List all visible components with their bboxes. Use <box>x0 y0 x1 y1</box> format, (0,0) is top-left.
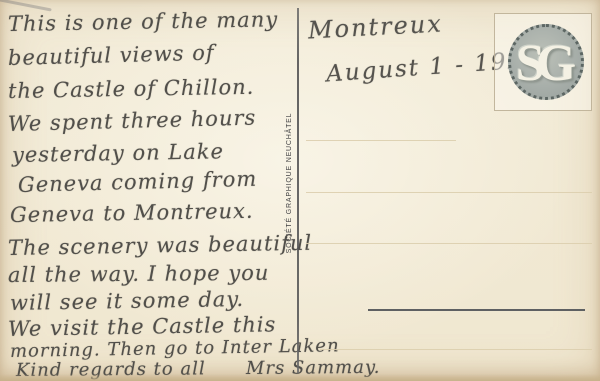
stamp-emblem-circle: SG <box>508 24 584 100</box>
address-rule-line <box>320 349 592 350</box>
address-rule-line <box>306 243 592 244</box>
location-text: Montreux <box>307 9 443 44</box>
printer-credit: SOCIÉTÉ GRAPHIQUE NEUCHÂTEL <box>286 98 296 268</box>
message-line: This is one of the many <box>8 7 279 36</box>
divider-line <box>297 8 299 373</box>
address-rule-line-dark <box>368 309 585 311</box>
message-line: the Castle of Chillon. <box>8 75 255 103</box>
postcard-back: This is one of the many beautiful views … <box>0 0 600 381</box>
stamp-initials: SG <box>516 34 576 93</box>
message-line: The scenery was beautiful <box>8 231 313 260</box>
message-line: We spent three hours <box>8 106 257 136</box>
stamp-box: SG <box>494 13 592 111</box>
message-line: beautiful views of <box>8 41 215 70</box>
message-line: Geneva to Montreux. <box>10 199 254 227</box>
corner-scratch-mark <box>0 0 52 12</box>
message-line: all the way. I hope you <box>8 261 270 287</box>
address-rule-line <box>306 192 592 193</box>
message-line: Geneva coming from <box>18 167 258 197</box>
message-line: will see it some day. <box>10 287 244 315</box>
message-line: yesterday on Lake <box>12 139 224 167</box>
address-rule-line <box>306 140 456 141</box>
bottom-edge-shadow <box>0 374 600 381</box>
